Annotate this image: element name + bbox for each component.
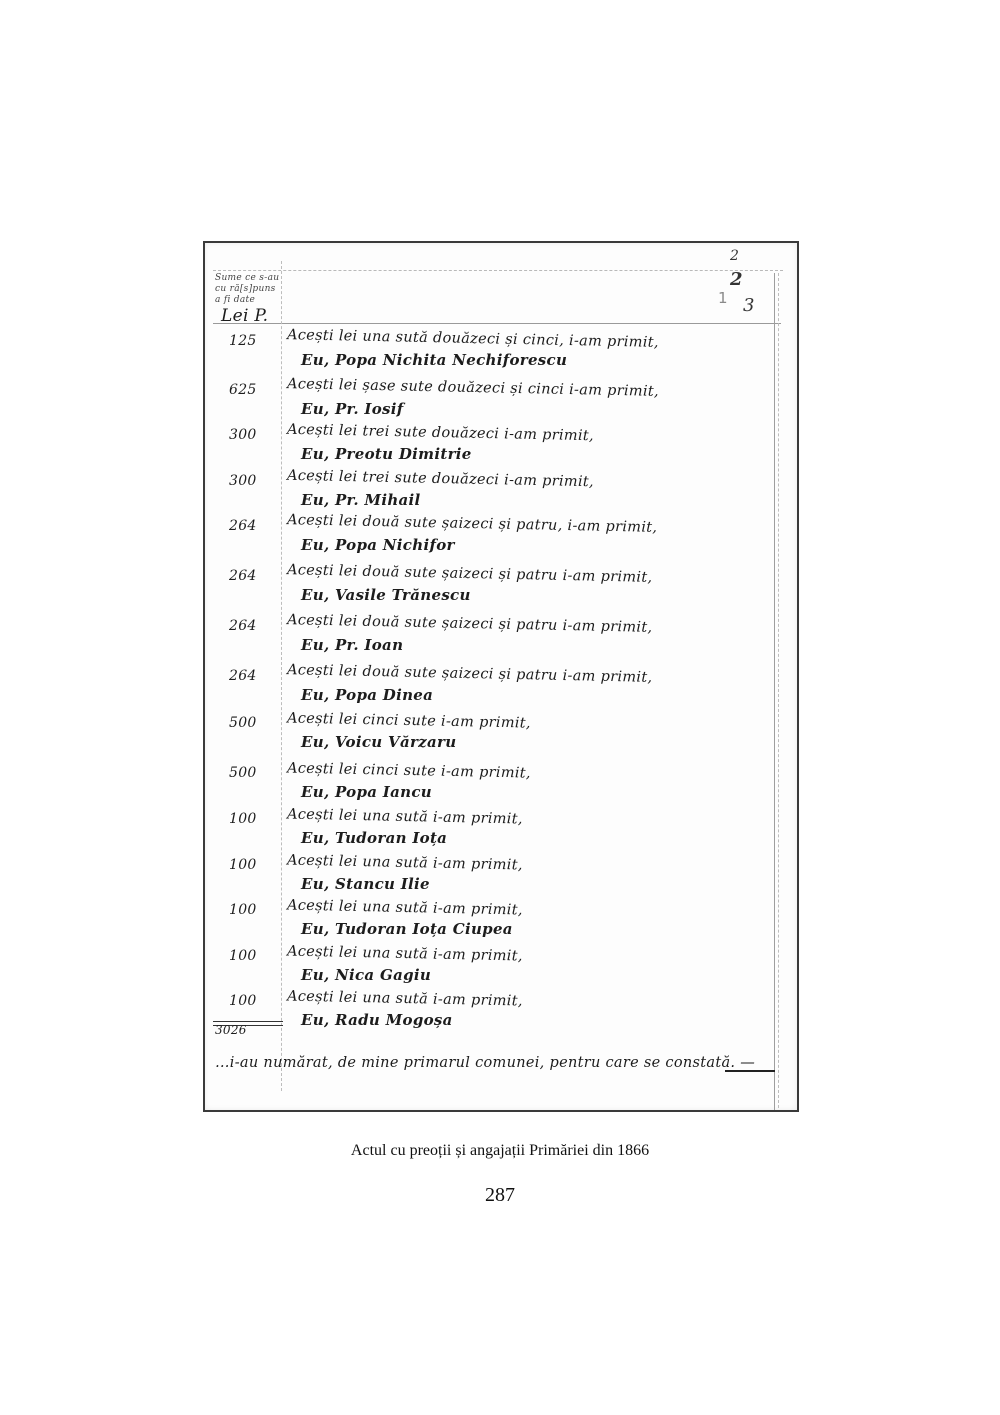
entry-signature: Eu, Popa Nichita Nechiforescu — [301, 351, 567, 369]
entry-receipt-text: Acești lei una sută i-am primit, — [287, 944, 523, 965]
entry-receipt-text: Acești lei trei sute douăzeci i-am primi… — [287, 468, 594, 490]
entry-receipt-text: Acești lei șase sute douăzeci și cinci i… — [287, 376, 659, 400]
right-margin-rule-inner — [778, 273, 779, 1112]
entry-amount: 500 — [229, 765, 257, 781]
entry-amount: 264 — [229, 518, 257, 534]
entry-amount: 264 — [229, 618, 257, 634]
entry-receipt-text: Acești lei trei sute douăzeci i-am primi… — [287, 422, 594, 444]
closing-dash — [725, 1070, 775, 1072]
entry-signature: Eu, Pr. Ioan — [301, 636, 403, 654]
entry-amount: 100 — [229, 811, 257, 827]
ledger-header-rule — [213, 323, 781, 324]
entry-signature: Eu, Popa Dinea — [301, 686, 433, 704]
column-note-line-2: cu ră[s]puns — [215, 284, 276, 294]
entry-signature: Eu, Popa Iancu — [301, 783, 432, 801]
page-number: 287 — [0, 1184, 1000, 1207]
entry-receipt-text: Acești lei două sute șaizeci și patru, i… — [287, 512, 658, 536]
entry-amount: 100 — [229, 902, 257, 918]
entry-receipt-text: Acești lei una sută i-am primit, — [287, 807, 523, 828]
entry-receipt-text: Acești lei una sută douăzeci și cinci, i… — [287, 327, 659, 351]
amount-column-rule — [281, 261, 282, 1091]
entry-signature: Eu, Pr. Mihail — [301, 491, 421, 509]
entry-receipt-text: Acești lei două sute șaizeci și patru i-… — [287, 662, 653, 686]
entry-signature: Eu, Nica Gagiu — [301, 966, 431, 984]
entry-signature: Eu, Tudoran Ioța Ciupea — [301, 920, 513, 938]
entry-receipt-text: Acești lei două sute șaizeci și patru i-… — [287, 612, 653, 636]
entry-signature: Eu, Pr. Iosif — [301, 400, 404, 418]
entry-amount: 625 — [229, 382, 257, 398]
entry-amount: 300 — [229, 427, 257, 443]
entry-receipt-text: Acești lei una sută i-am primit, — [287, 898, 523, 919]
entry-amount: 100 — [229, 948, 257, 964]
entry-amount: 300 — [229, 473, 257, 489]
entry-receipt-text: Acești lei cinci sute i-am primit, — [287, 710, 531, 731]
total-amount: 3026 — [215, 1023, 247, 1037]
entry-amount: 264 — [229, 568, 257, 584]
folio-mark-3: 3 — [743, 295, 755, 316]
scanned-document-image: Sume ce s-au cu ră[s]puns a fi date Lei … — [203, 241, 799, 1112]
column-note-line-1: Sume ce s-au — [215, 273, 279, 283]
entry-signature: Eu, Preotu Dimitrie — [301, 445, 472, 463]
entry-receipt-text: Acești lei cinci sute i-am primit, — [287, 760, 531, 781]
closing-line: …i-au numărat, de mine primarul comunei,… — [215, 1055, 755, 1071]
entry-signature: Eu, Stancu Ilie — [301, 875, 430, 893]
entry-signature: Eu, Popa Nichifor — [301, 536, 455, 554]
folio-mark-1: 2 — [730, 248, 739, 264]
ledger-top-rule — [213, 270, 783, 271]
pencil-mark: 1 — [718, 289, 728, 307]
entry-receipt-text: Acești lei două sute șaizeci și patru i-… — [287, 562, 653, 586]
entry-signature: Eu, Radu Mogoșa — [301, 1011, 453, 1029]
entry-signature: Eu, Voicu Vărzaru — [301, 733, 456, 751]
entry-amount: 125 — [229, 333, 257, 349]
folio-mark-2: 2 — [730, 269, 743, 290]
right-margin-rule — [774, 273, 775, 1112]
entry-signature: Eu, Tudoran Ioța — [301, 829, 447, 847]
entry-amount: 100 — [229, 857, 257, 873]
entry-receipt-text: Acești lei una sută i-am primit, — [287, 989, 523, 1010]
entry-amount: 264 — [229, 668, 257, 684]
entry-amount: 100 — [229, 993, 257, 1009]
currency-label: Lei P. — [221, 306, 268, 326]
entry-signature: Eu, Vasile Trănescu — [301, 586, 471, 604]
entry-amount: 500 — [229, 715, 257, 731]
column-note-line-3: a fi date — [215, 295, 255, 305]
figure-caption: Actul cu preoții și angajații Primăriei … — [0, 1142, 1000, 1160]
entry-receipt-text: Acești lei una sută i-am primit, — [287, 853, 523, 874]
